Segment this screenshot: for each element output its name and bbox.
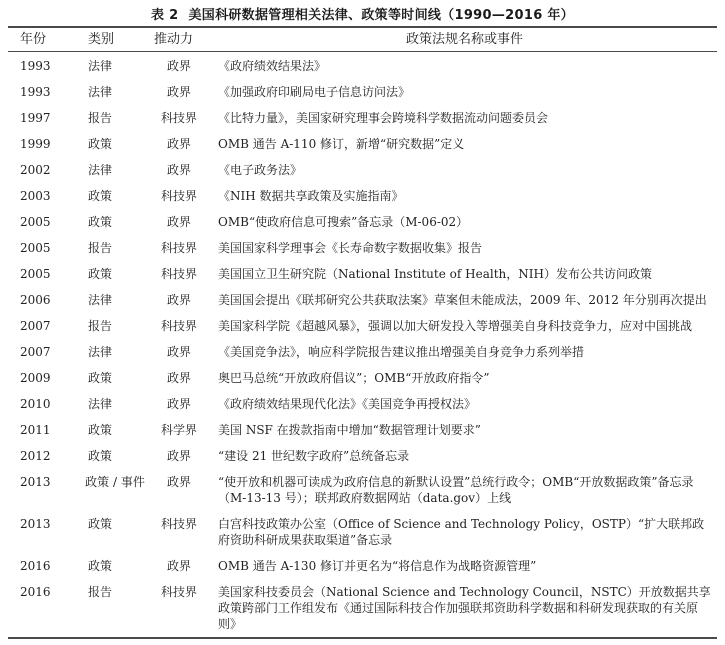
cell-year: 2013 (8, 511, 82, 553)
cell-type: 报告 (82, 105, 148, 131)
cell-event: OMB“使政府信息可搜索”备忘录（M-06-02） (210, 209, 717, 235)
table-row: 2005 报告 科技界 美国国家科学理事会《长寿命数字数据收集》报告 (8, 235, 717, 261)
cell-type: 法律 (82, 391, 148, 417)
cell-event: 美国国会提出《联邦研究公共获取法案》草案但未能成法，2009 年、2012 年分… (210, 287, 717, 313)
cell-type: 政策 (82, 131, 148, 157)
cell-type: 政策 (82, 365, 148, 391)
cell-year: 2002 (8, 157, 82, 183)
table-caption: 表 2美国科研数据管理相关法律、政策等时间线（1990—2016 年） (0, 4, 725, 23)
cell-year: 2011 (8, 417, 82, 443)
policy-timeline-table: 年份 类别 推动力 政策法规名称或事件 1993 法律 政界 《政府绩效结果法》… (8, 26, 717, 639)
header-force: 推动力 (148, 27, 210, 52)
cell-event: 《美国竞争法》，响应科学院报告建议推出增强美自身竞争力系列举措 (210, 339, 717, 365)
cell-year: 1993 (8, 52, 82, 80)
table-row: 1993 法律 政界 《加强政府印刷局电子信息访问法》 (8, 79, 717, 105)
cell-year: 2012 (8, 443, 82, 469)
cell-force: 政界 (148, 339, 210, 365)
table-title: 美国科研数据管理相关法律、政策等时间线（1990—2016 年） (188, 8, 574, 23)
header-type: 类别 (82, 27, 148, 52)
cell-event: “建设 21 世纪数字政府”总统备忘录 (210, 443, 717, 469)
cell-year: 2013 (8, 469, 82, 511)
cell-event: “使开放和机器可读成为政府信息的新默认设置”总统行政令；OMB“开放数据政策”备… (210, 469, 717, 511)
cell-year: 2005 (8, 235, 82, 261)
cell-force: 政界 (148, 79, 210, 105)
cell-type: 政策 / 事件 (82, 469, 148, 511)
table-number: 表 2 (151, 8, 178, 23)
cell-event: 《NIH 数据共享政策及实施指南》 (210, 183, 717, 209)
cell-event: 美国国立卫生研究院（National Institute of Health，N… (210, 261, 717, 287)
cell-force: 科技界 (148, 183, 210, 209)
table-row: 2010 法律 政界 《政府绩效结果现代化法》《美国竞争再授权法》 (8, 391, 717, 417)
cell-force: 政界 (148, 391, 210, 417)
table-row: 2006 法律 政界 美国国会提出《联邦研究公共获取法案》草案但未能成法，200… (8, 287, 717, 313)
cell-event: 美国国家科学理事会《长寿命数字数据收集》报告 (210, 235, 717, 261)
cell-type: 政策 (82, 183, 148, 209)
table-row: 2007 报告 科技界 美国家科学院《超越风暴》，强调以加大研发投入等增强美自身… (8, 313, 717, 339)
header-event: 政策法规名称或事件 (210, 27, 717, 52)
table-row: 2003 政策 科技界 《NIH 数据共享政策及实施指南》 (8, 183, 717, 209)
cell-year: 2007 (8, 313, 82, 339)
table-row: 2011 政策 科学界 美国 NSF 在拨款指南中增加“数据管理计划要求” (8, 417, 717, 443)
cell-type: 法律 (82, 339, 148, 365)
cell-force: 科技界 (148, 105, 210, 131)
cell-year: 2005 (8, 209, 82, 235)
cell-event: OMB 通告 A-130 修订并更名为“将信息作为战略资源管理” (210, 553, 717, 579)
cell-year: 2016 (8, 579, 82, 638)
cell-year: 2007 (8, 339, 82, 365)
cell-type: 政策 (82, 261, 148, 287)
cell-event: OMB 通告 A-110 修订，新增“研究数据”定义 (210, 131, 717, 157)
cell-force: 政界 (148, 157, 210, 183)
cell-type: 政策 (82, 443, 148, 469)
cell-type: 报告 (82, 579, 148, 638)
cell-type: 法律 (82, 79, 148, 105)
cell-year: 2016 (8, 553, 82, 579)
cell-type: 政策 (82, 553, 148, 579)
table-row: 2016 政策 政界 OMB 通告 A-130 修订并更名为“将信息作为战略资源… (8, 553, 717, 579)
cell-force: 科技界 (148, 313, 210, 339)
cell-force: 政界 (148, 365, 210, 391)
cell-type: 政策 (82, 417, 148, 443)
cell-force: 政界 (148, 443, 210, 469)
cell-event: 美国家科学院《超越风暴》，强调以加大研发投入等增强美自身科技竞争力，应对中国挑战 (210, 313, 717, 339)
cell-type: 法律 (82, 287, 148, 313)
table-header-row: 年份 类别 推动力 政策法规名称或事件 (8, 27, 717, 52)
cell-type: 法律 (82, 52, 148, 80)
table-row: 1993 法律 政界 《政府绩效结果法》 (8, 52, 717, 80)
table-row: 2013 政策 / 事件 政界 “使开放和机器可读成为政府信息的新默认设置”总统… (8, 469, 717, 511)
cell-year: 2009 (8, 365, 82, 391)
cell-force: 科技界 (148, 511, 210, 553)
cell-force: 政界 (148, 553, 210, 579)
cell-year: 1993 (8, 79, 82, 105)
table-row: 2013 政策 科技界 白宫科技政策办公室（Office of Science … (8, 511, 717, 553)
cell-force: 政界 (148, 209, 210, 235)
cell-type: 政策 (82, 511, 148, 553)
cell-force: 科技界 (148, 579, 210, 638)
table-row: 2016 报告 科技界 美国家科技委员会（National Science an… (8, 579, 717, 638)
cell-force: 政界 (148, 287, 210, 313)
table-row: 1997 报告 科技界 《比特力量》，美国家研究理事会跨境科学数据流动问题委员会 (8, 105, 717, 131)
table-row: 2005 政策 科技界 美国国立卫生研究院（National Institute… (8, 261, 717, 287)
cell-type: 法律 (82, 157, 148, 183)
header-year: 年份 (8, 27, 82, 52)
cell-year: 1999 (8, 131, 82, 157)
cell-force: 科技界 (148, 235, 210, 261)
table-row: 2005 政策 政界 OMB“使政府信息可搜索”备忘录（M-06-02） (8, 209, 717, 235)
table-row: 2009 政策 政界 奥巴马总统“开放政府倡议”；OMB“开放政府指令” (8, 365, 717, 391)
cell-force: 科技界 (148, 261, 210, 287)
cell-force: 政界 (148, 469, 210, 511)
cell-event: 《比特力量》，美国家研究理事会跨境科学数据流动问题委员会 (210, 105, 717, 131)
cell-event: 美国家科技委员会（National Science and Technology… (210, 579, 717, 638)
cell-force: 政界 (148, 52, 210, 80)
table-row: 2002 法律 政界 《电子政务法》 (8, 157, 717, 183)
cell-year: 1997 (8, 105, 82, 131)
cell-year: 2003 (8, 183, 82, 209)
table-row: 1999 政策 政界 OMB 通告 A-110 修订，新增“研究数据”定义 (8, 131, 717, 157)
table-row: 2012 政策 政界 “建设 21 世纪数字政府”总统备忘录 (8, 443, 717, 469)
cell-event: 《加强政府印刷局电子信息访问法》 (210, 79, 717, 105)
cell-event: 《政府绩效结果法》 (210, 52, 717, 80)
cell-year: 2010 (8, 391, 82, 417)
cell-event: 美国 NSF 在拨款指南中增加“数据管理计划要求” (210, 417, 717, 443)
cell-year: 2006 (8, 287, 82, 313)
cell-event: 白宫科技政策办公室（Office of Science and Technolo… (210, 511, 717, 553)
cell-force: 科学界 (148, 417, 210, 443)
cell-event: 《电子政务法》 (210, 157, 717, 183)
cell-type: 政策 (82, 209, 148, 235)
cell-event: 奥巴马总统“开放政府倡议”；OMB“开放政府指令” (210, 365, 717, 391)
cell-year: 2005 (8, 261, 82, 287)
cell-type: 报告 (82, 235, 148, 261)
cell-event: 《政府绩效结果现代化法》《美国竞争再授权法》 (210, 391, 717, 417)
table-row: 2007 法律 政界 《美国竞争法》，响应科学院报告建议推出增强美自身竞争力系列… (8, 339, 717, 365)
cell-force: 政界 (148, 131, 210, 157)
cell-type: 报告 (82, 313, 148, 339)
